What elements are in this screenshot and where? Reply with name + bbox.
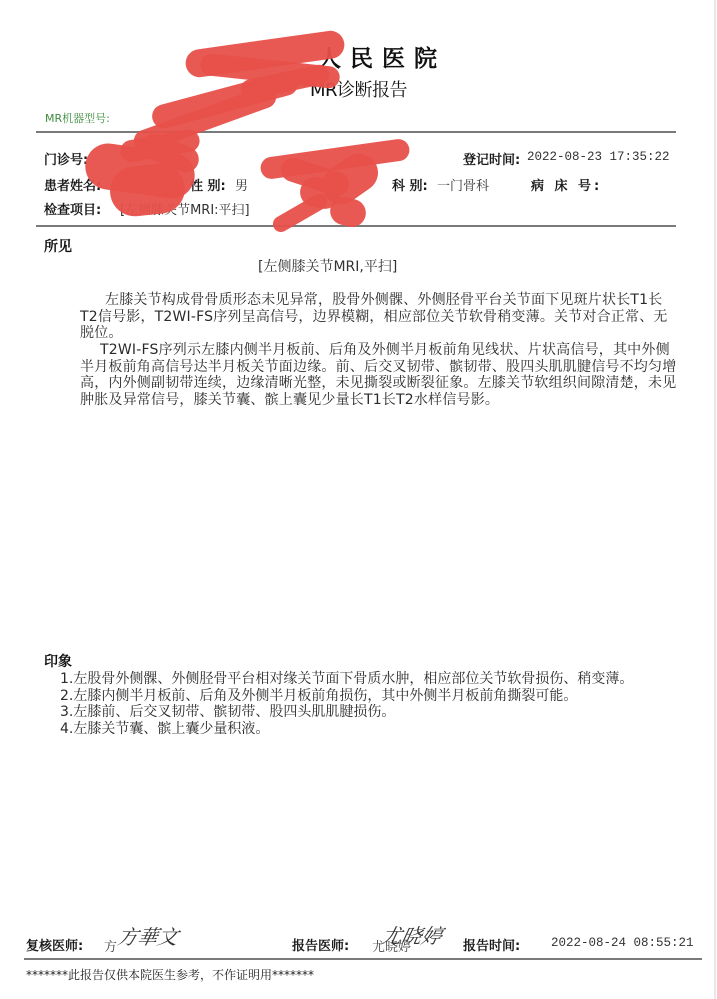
- reporter-label: 报告医师:: [292, 935, 349, 954]
- disclaimer: *******此报告仅供本院医生参考，不作证明用*******: [26, 966, 314, 983]
- header-divider: [36, 131, 676, 133]
- impression-heading: 印象: [44, 651, 72, 671]
- report-time-value: 2022-08-24 08:55:21: [551, 936, 694, 950]
- impression-item-1: 1.左股骨外侧髁、外侧胫骨平台相对缘关节面下骨质水肿，相应部位关节软骨损伤、稍变…: [60, 671, 680, 688]
- impression-item-4: 4.左膝关节囊、髌上囊少量积液。: [60, 721, 680, 738]
- reporter-signature: 尤晓婷: [379, 920, 445, 949]
- register-time-value: 2022-08-23 17:35:22: [527, 150, 670, 164]
- department-value: 一门骨科: [437, 175, 489, 194]
- machine-model-label: MR机器型号:: [45, 110, 110, 126]
- sex-label: 性 别:: [190, 175, 226, 194]
- exam-item-label: 检查项目:: [44, 199, 101, 218]
- findings-paragraph-2-text: T2WI-FS序列示左膝内侧半月板前、后角及外侧半月板前角见线状、片状高信号，其…: [80, 342, 676, 408]
- reviewer-signature: 方華文: [115, 921, 181, 950]
- impression-item-3: 3.左膝前、后交叉韧带、髌韧带、股四头肌肌腱损伤。: [60, 704, 680, 721]
- outpatient-no-label: 门诊号:: [44, 149, 88, 168]
- sex-value: 男: [235, 175, 248, 194]
- findings-heading: 所见: [44, 236, 72, 256]
- findings-paragraph-2: T2WI-FS序列示左膝内侧半月板前、后角及外侧半月板前角见线状、片状高信号，其…: [80, 342, 680, 408]
- mr-report-page: 人民医院 MR诊断报告 MR机器型号: 门诊号: 登记时间: 2022-08-2…: [0, 0, 716, 999]
- department-label: 科 别:: [392, 175, 428, 194]
- register-time-label: 登记时间:: [463, 149, 520, 168]
- findings-paragraph-1: 左膝关节构成骨骨质形态未见异常，股骨外侧髁、外侧胫骨平台关节面下见斑片状长T1长…: [80, 292, 680, 342]
- footer-divider: [24, 958, 702, 960]
- impression-item-2: 2.左膝内侧半月板前、后角及外侧半月板前角损伤，其中外侧半月板前角撕裂可能。: [60, 688, 680, 705]
- findings-title: [左侧膝关节MRI,平扫]: [258, 256, 397, 276]
- report-time-label: 报告时间:: [463, 935, 520, 954]
- reviewer-label: 复核医师:: [26, 935, 83, 954]
- findings-paragraph-1-text: 左膝关节构成骨骨质形态未见异常，股骨外侧髁、外侧胫骨平台关节面下见斑片状长T1长…: [80, 292, 668, 341]
- bed-no-label: 病 床 号:: [531, 175, 602, 194]
- impression-list: 1.左股骨外侧髁、外侧胫骨平台相对缘关节面下骨质水肿，相应部位关节软骨损伤、稍变…: [60, 671, 680, 737]
